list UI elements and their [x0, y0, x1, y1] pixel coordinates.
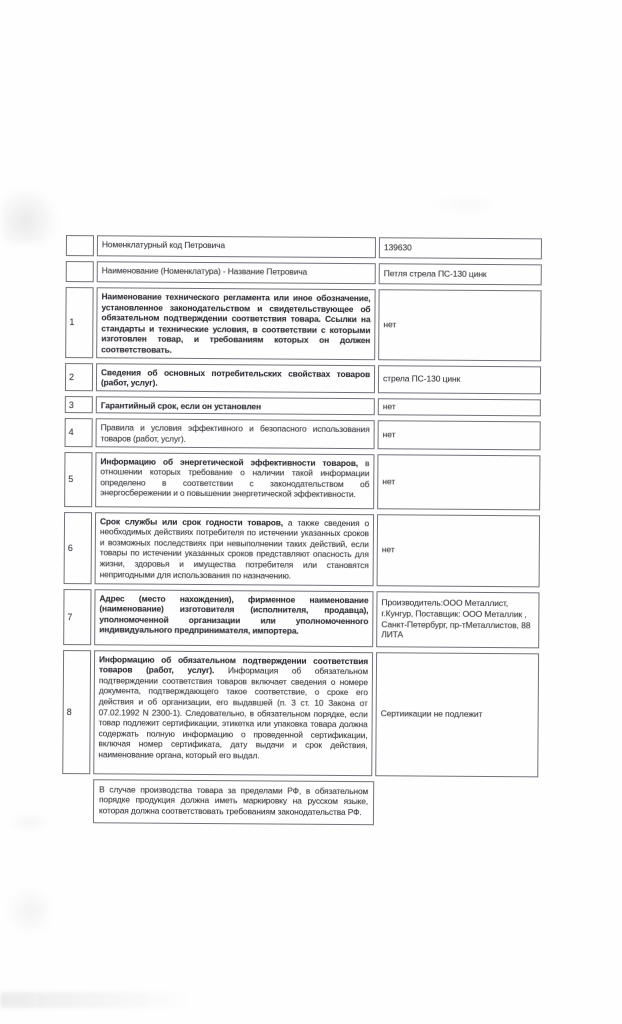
row-value-cell: нет [378, 398, 541, 417]
row-value-cell: Петля стрела ПС-130 цинк [379, 263, 542, 285]
row-label-cell: Гарантийный срок, если он установлен [96, 396, 375, 416]
row-value-text: стрела ПС-130 цинк [383, 374, 460, 385]
table-row-nomenclature-code: Номенклатурный код Петровича 139630 [66, 235, 542, 259]
row-value-text: нет [383, 429, 396, 440]
row-label-bold: Гарантийный срок, если он установлен [101, 400, 261, 411]
row-value-text: нет [382, 476, 395, 487]
table-row-3: 3 Гарантийный срок, если он установлен н… [65, 396, 541, 417]
row-label-cell: Правила и условия эффективного и безопас… [96, 419, 375, 449]
row-value-cell: Производитель:ООО Металлист, г.Кунгур, П… [376, 591, 539, 648]
row-value-text: 139630 [384, 242, 412, 253]
row-value-cell: нет [377, 454, 540, 510]
scan-smudge [0, 992, 190, 1008]
table-row-5: 5 Информацию об энергетической эффективн… [64, 452, 540, 510]
scan-smudge [2, 186, 60, 244]
row-label-text: а также сведения о необходимых действиях… [100, 517, 369, 580]
row-label-bold: Сведения об основных потребительских сво… [101, 367, 370, 388]
row-value-cell: нет [378, 289, 541, 361]
footnote-box: В случае производства товара за пределам… [93, 779, 374, 825]
row-number-cell: 7 [63, 589, 91, 645]
row-number-cell [66, 235, 94, 256]
row-label-text: Правила и условия эффективного и безопас… [101, 423, 370, 444]
row-number-cell: 3 [65, 396, 93, 414]
table-row-7: 7 Адрес (место нахождения), фирменное на… [63, 589, 539, 648]
row-number-cell: 1 [65, 287, 93, 358]
row-label-bold: Срок службы или срок годности товаров, [100, 516, 283, 527]
row-value-cell: Сертиикации не подлежит [375, 652, 539, 777]
row-label-bold: Наименование технического регламента или… [101, 291, 370, 354]
row-value-text: Петля стрела ПС-130 цинк [384, 268, 487, 279]
row-label-text: Информация об обязательном подтверждении… [98, 665, 368, 760]
row-value-text: Сертиикации не подлежит [381, 708, 483, 719]
scan-smudge [430, 195, 500, 215]
row-label-cell: Номенклатурный код Петровича [97, 235, 376, 258]
row-label-cell: Срок службы или срок годности товаров, а… [95, 512, 374, 586]
row-value-cell: нет [377, 514, 540, 587]
scanned-document-page: Номенклатурный код Петровича 139630 Наим… [0, 0, 622, 1024]
row-number-cell: 6 [64, 512, 93, 584]
row-number-cell [66, 261, 94, 282]
scan-smudge [5, 886, 55, 936]
row-number-cell: 5 [64, 452, 92, 507]
row-label-text: Наименование (Номенклатура) - Название П… [102, 265, 307, 276]
row-label-bold: Адрес (место нахождения), фирменное наим… [99, 593, 368, 636]
table-row-8: 8 Информацию об обязательном подтвержден… [62, 650, 539, 777]
row-number-cell: 8 [62, 650, 91, 774]
row-value-text: нет [382, 544, 395, 555]
row-value-text: нет [383, 402, 396, 413]
row-label-cell: Наименование технического регламента или… [96, 287, 375, 360]
row-label-text: Номенклатурный код Петровича [102, 239, 225, 250]
table-row-6: 6 Срок службы или срок годности товаров,… [64, 512, 540, 587]
row-label-cell: Информацию об обязательном подтверждении… [93, 650, 373, 776]
row-label-cell: Сведения об основных потребительских сво… [96, 363, 375, 393]
row-label-cell: Информацию об энергетической эффективнос… [95, 452, 374, 509]
row-label-cell: Адрес (место нахождения), фирменное наим… [94, 589, 373, 647]
scan-smudge [8, 812, 50, 832]
table-row-1: 1 Наименование технического регламента и… [65, 287, 541, 361]
product-info-table: Номенклатурный код Петровича 139630 Наим… [62, 235, 542, 826]
row-value-cell: 139630 [379, 237, 542, 259]
table-row-name: Наименование (Номенклатура) - Название П… [66, 261, 542, 285]
row-value-text: нет [383, 319, 396, 330]
table-row-2: 2 Сведения об основных потребительских с… [65, 363, 541, 395]
table-row-4: 4 Правила и условия эффективного и безоп… [65, 418, 541, 450]
row-value-text: Производитель:ООО Металлист, г.Кунгур, П… [381, 598, 534, 641]
row-value-cell: нет [378, 421, 541, 450]
row-number-cell: 4 [65, 418, 93, 446]
row-number-cell: 2 [65, 363, 93, 391]
row-value-cell: стрела ПС-130 цинк [378, 365, 541, 394]
row-label-cell: Наименование (Номенклатура) - Название П… [97, 261, 376, 284]
